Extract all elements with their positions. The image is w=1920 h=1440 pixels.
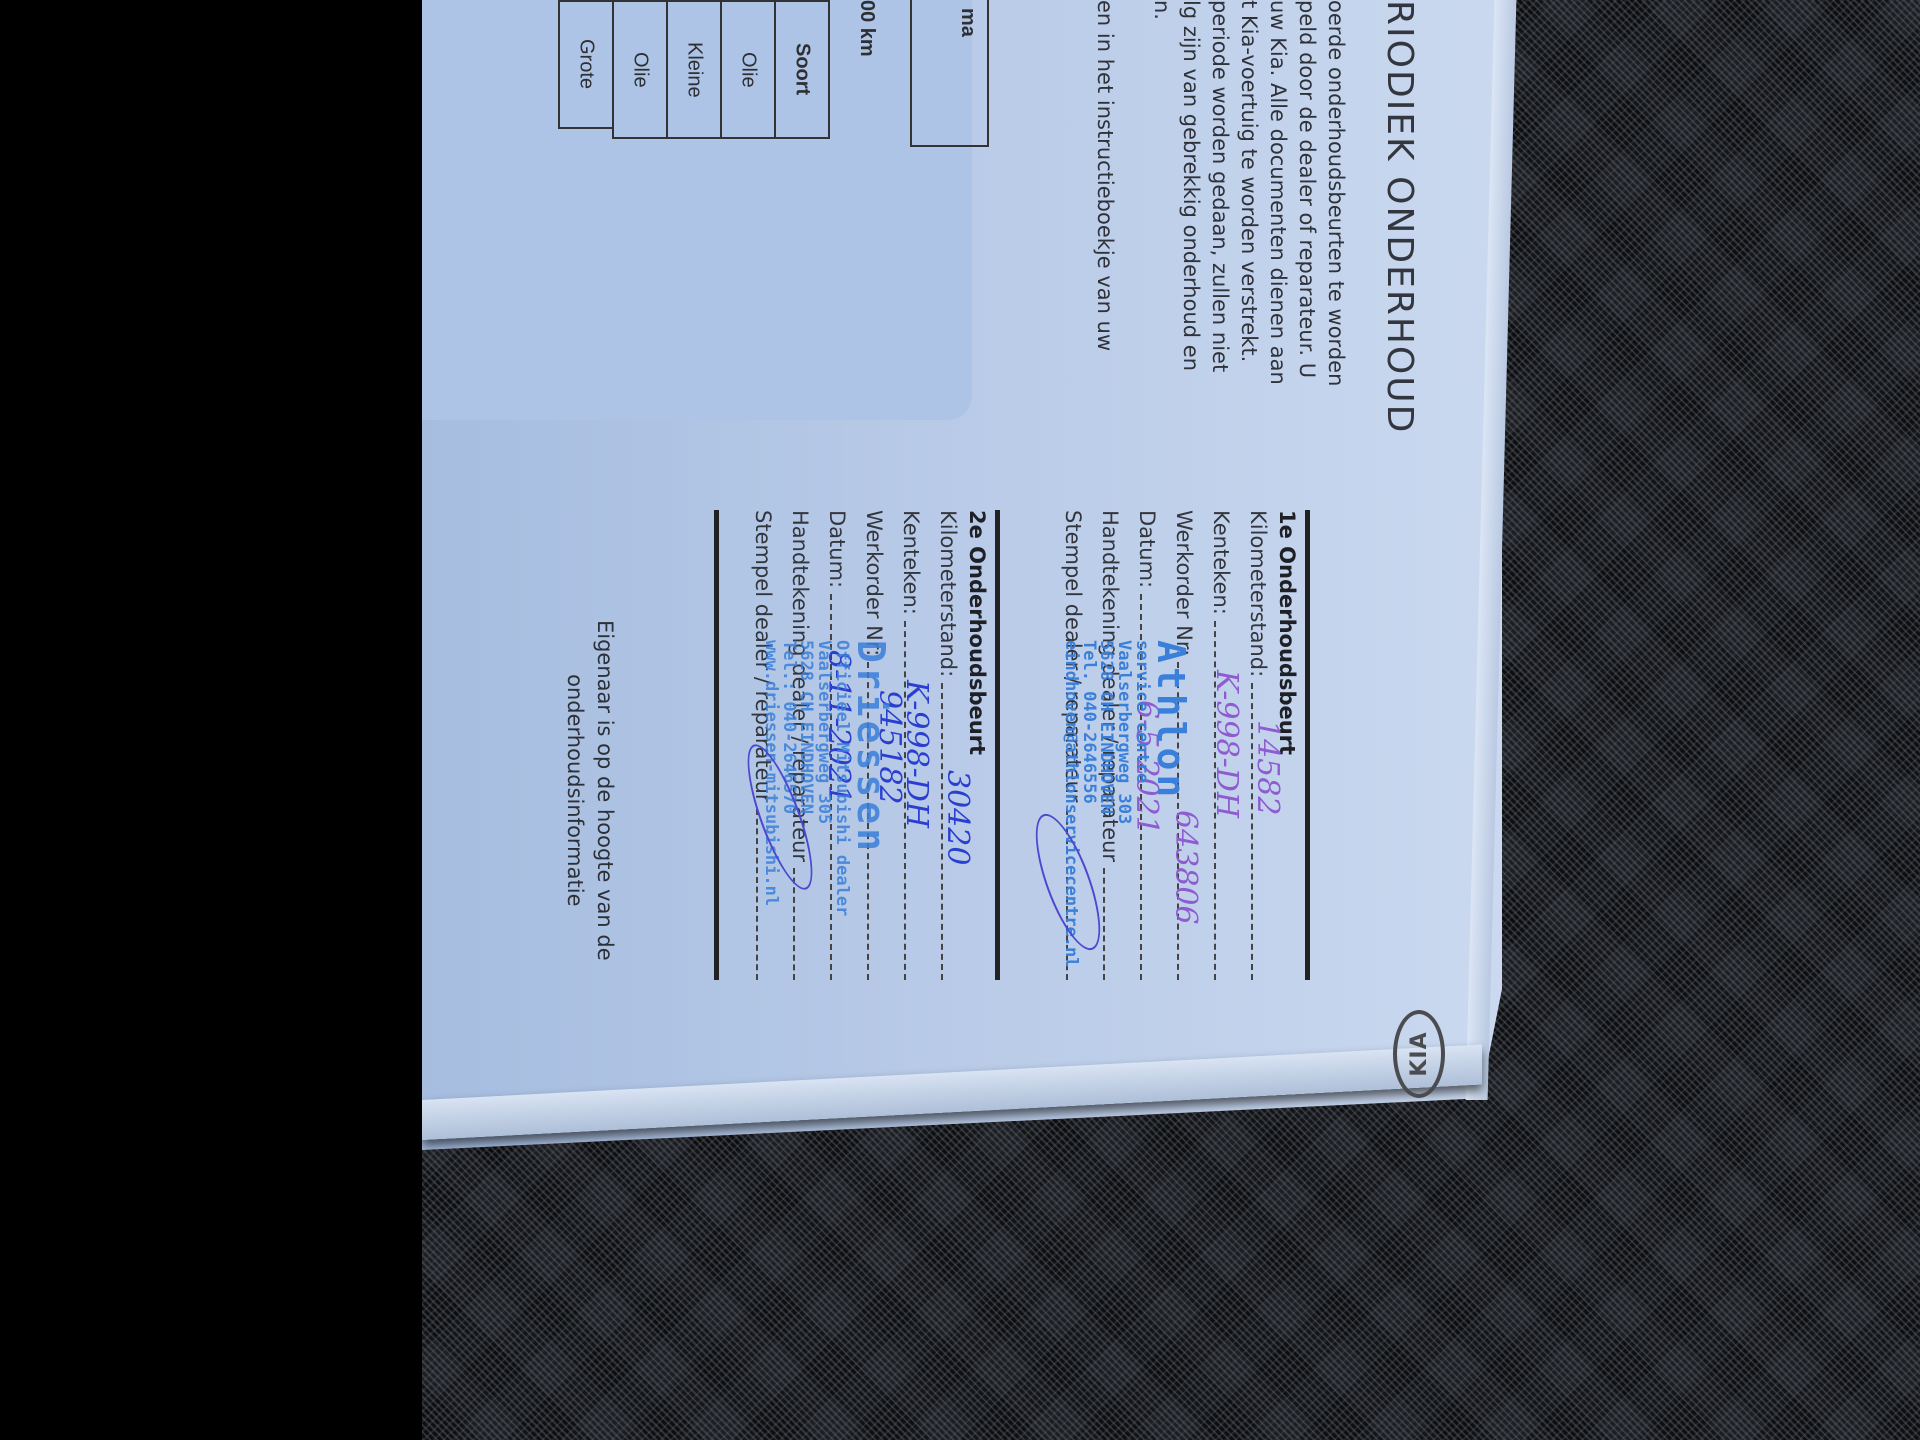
intro-text: oerde onderhoudsbeurten te worden peld d… <box>1090 0 1350 440</box>
stamp-line: Vaalserbergweg 303 <box>1114 640 1132 968</box>
maintenance-table-region: Soort Olie Kleine Olie Grote 00 km ma <box>520 0 920 140</box>
intro-line: uw Kia. Alle documenten dienen aan <box>1263 0 1292 440</box>
owner-acknowledgement: Eigenaar is op de hoogte van de onderhou… <box>560 620 620 961</box>
field-label: Datum: <box>1135 510 1159 588</box>
intro-line: t Kia-voertuig te worden verstrekt. <box>1234 0 1263 440</box>
page-title: RIODIEK ONDERHOUD <box>1379 0 1420 434</box>
km-interval-label: 00 km <box>855 0 878 57</box>
intro-line: periode worden gedaan, zullen niet <box>1205 0 1234 440</box>
stamp-line: Officieel Mitsubishi dealer <box>832 640 850 916</box>
handwritten-value: 14582 <box>1250 720 1285 815</box>
booklet-content: RIODIEK ONDERHOUD oerde onderhoudsbeurte… <box>420 0 1500 1150</box>
field-label: Kilometerstand: <box>1246 510 1270 677</box>
table-cell: Grote <box>558 0 612 129</box>
section-divider <box>995 510 1000 980</box>
intro-instruction: en in het instructieboekje van uw <box>1090 0 1119 440</box>
schedule-label: ma <box>956 8 979 37</box>
kia-logo-icon: KIA <box>1393 1010 1445 1098</box>
field-label: Kilometerstand: <box>936 510 960 677</box>
intro-line: oerde onderhoudsbeurten te worden <box>1321 0 1350 440</box>
field-label: Werkorder Nr: <box>862 510 886 656</box>
table-header: Soort <box>774 0 830 139</box>
schedule-box: ma <box>910 0 989 147</box>
handwritten-value: K-998-DH <box>1209 670 1244 818</box>
field-label: Kenteken: <box>899 510 923 615</box>
table-cell: Kleine <box>666 0 720 139</box>
stamp-name: Driessen <box>850 640 890 916</box>
handwritten-value: 30420 <box>940 770 975 865</box>
stamp-line: Vaalserbergweg 305 <box>814 640 832 916</box>
service-record-1: 1e Onderhoudsbeurt Kilometerstand: 14582… <box>1049 510 1310 980</box>
field-label: Kenteken: <box>1209 510 1233 615</box>
table-cell: Olie <box>720 0 774 139</box>
intro-line: lg zijn van gebrekkig onderhoud en <box>1176 0 1205 440</box>
intro-line: n. <box>1147 0 1176 440</box>
photo-border <box>0 0 422 1440</box>
field-label: Datum: <box>825 510 849 588</box>
intro-line: peld door de dealer of reparateur. U <box>1292 0 1321 440</box>
service-heading: 2e Onderhoudsbeurt <box>965 510 989 980</box>
footnote-line: Eigenaar is op de hoogte van de <box>590 620 620 961</box>
table-cell: Olie <box>612 0 666 139</box>
stamp-name: Athlon <box>1150 640 1190 968</box>
section-divider <box>1305 510 1310 980</box>
section-divider <box>714 510 719 980</box>
stamp-line: service centre <box>1132 640 1150 968</box>
footnote-line: onderhoudsinformatie <box>560 620 590 961</box>
field-label: Werkorder Nr: <box>1172 510 1196 656</box>
maintenance-table: Soort Olie Kleine Olie Grote <box>520 0 830 135</box>
service-record-2: 2e Onderhoudsbeurt Kilometerstand: 30420… <box>708 510 1000 980</box>
